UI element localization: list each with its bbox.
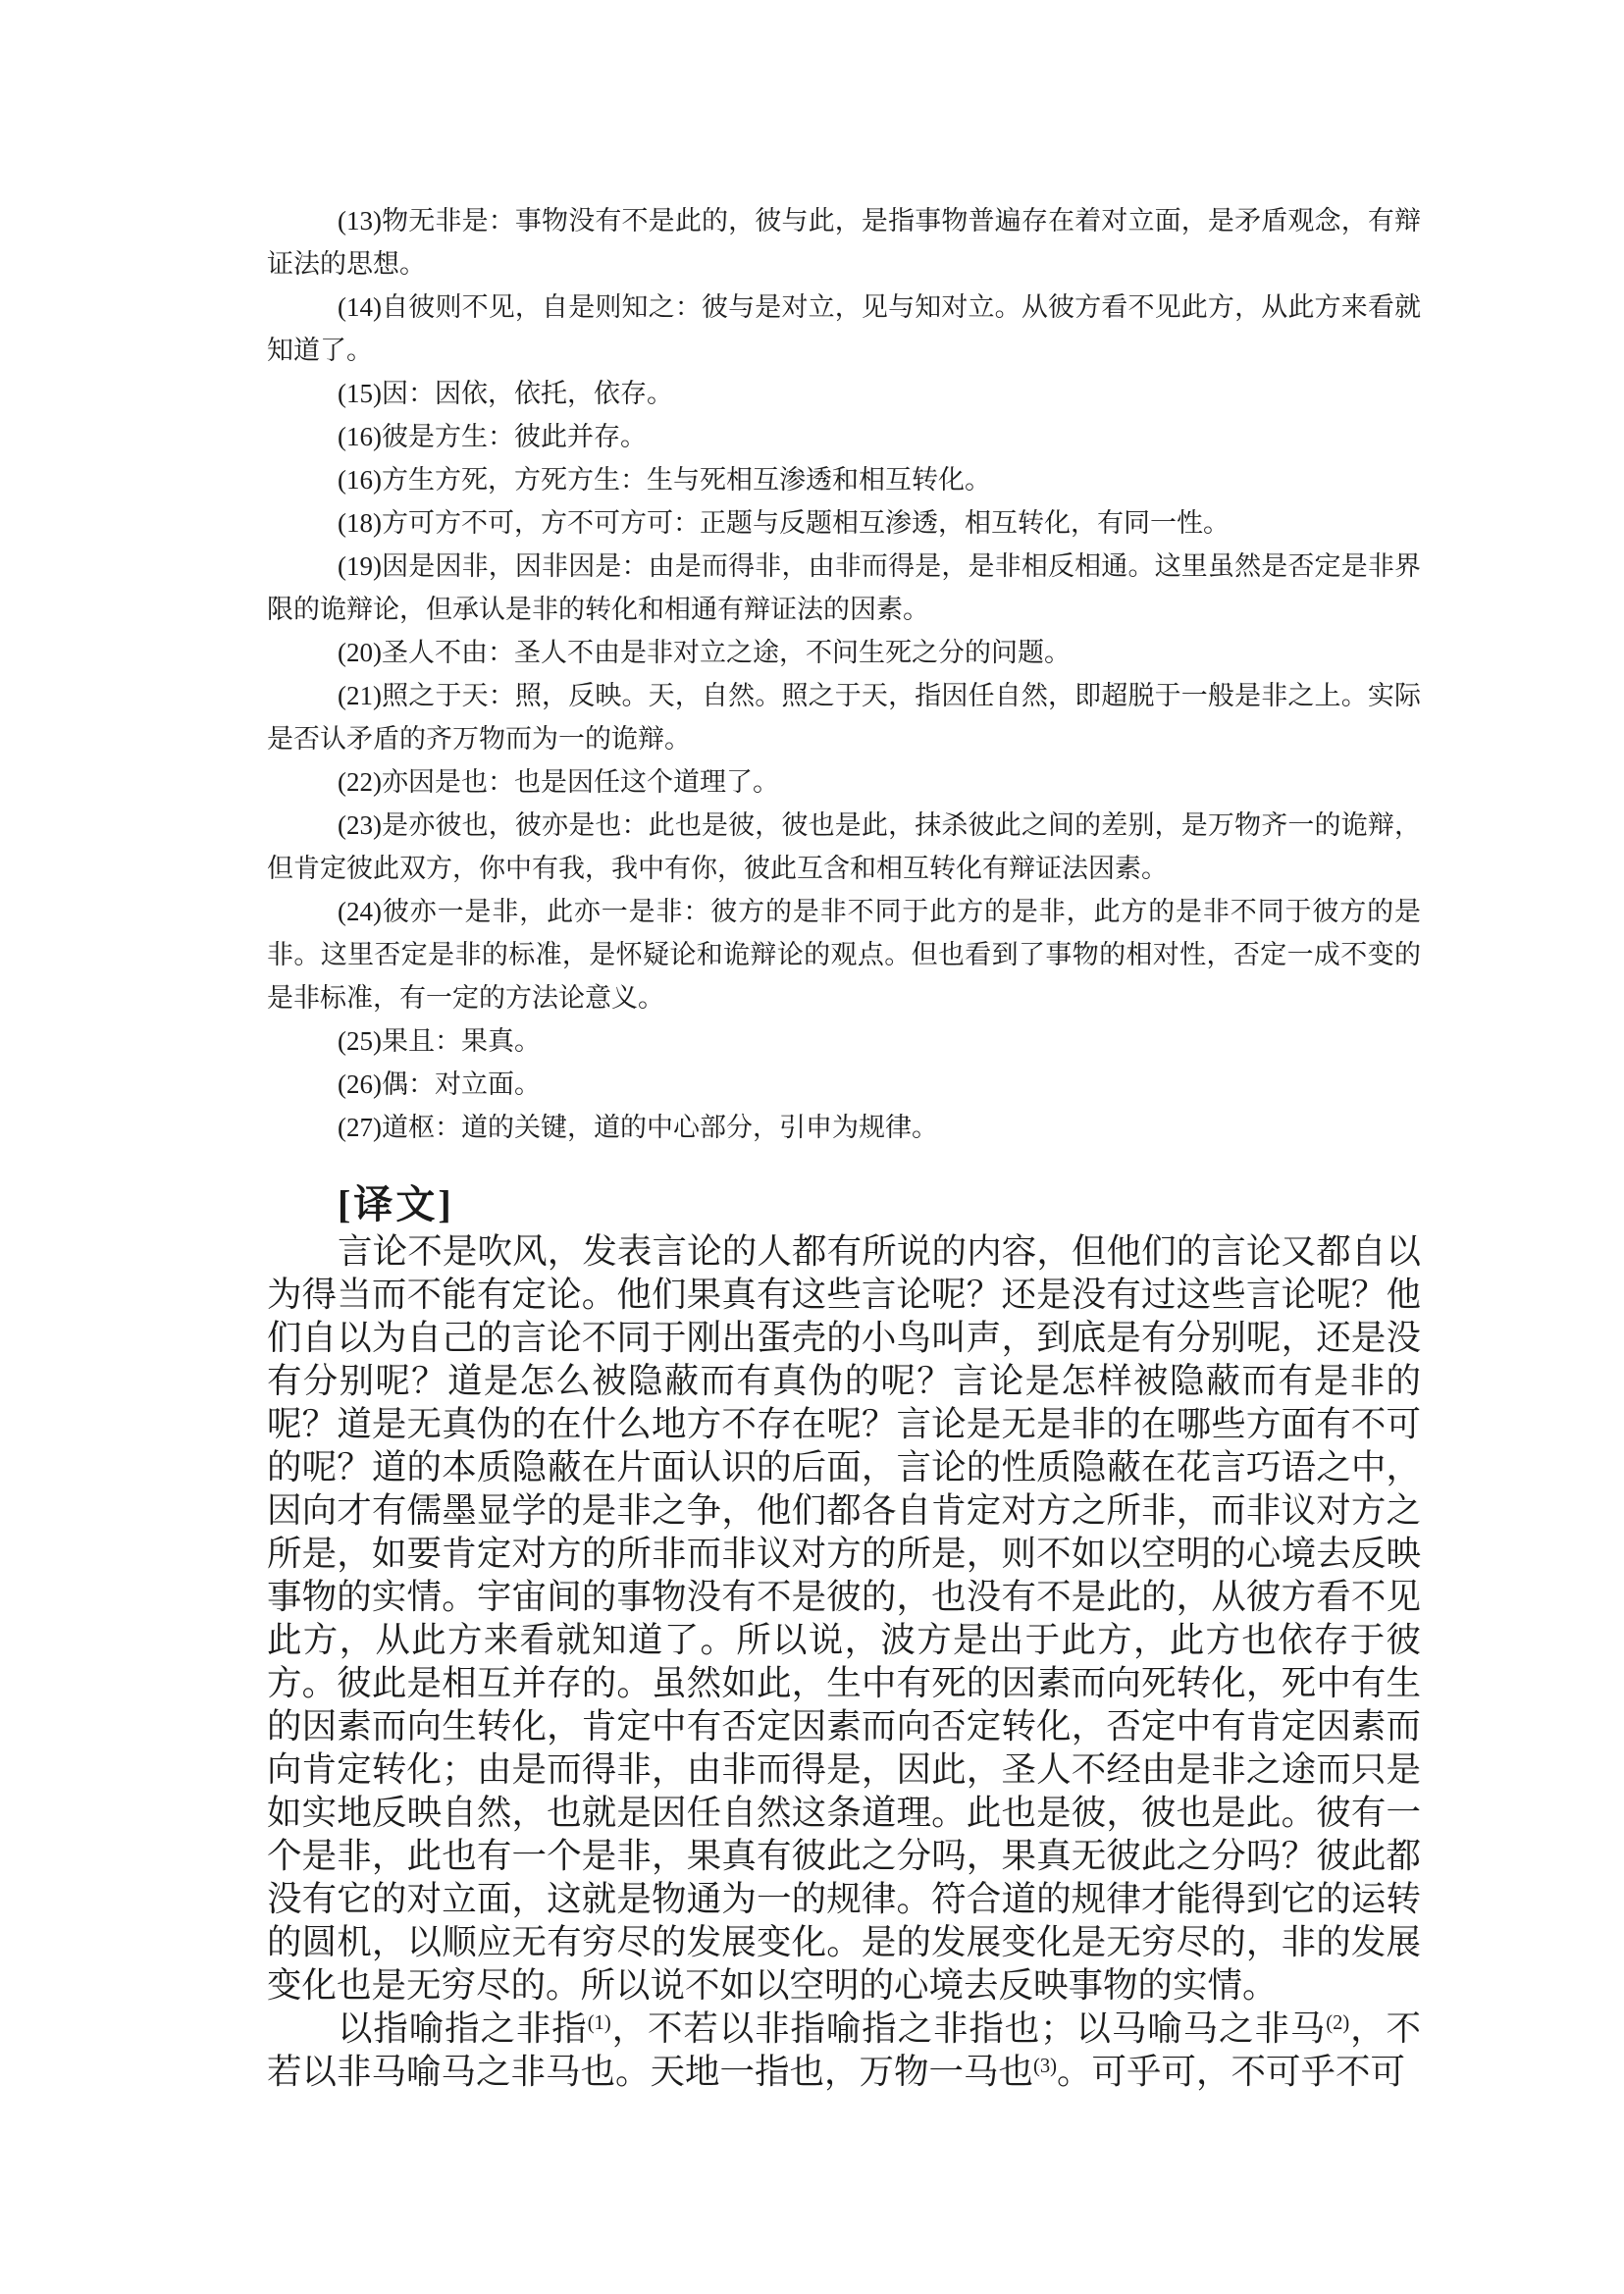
- annotation-item: (20)圣人不由：圣人不由是非对立之途，不问生死之分的问题。: [267, 631, 1421, 674]
- translation-heading: [译文]: [338, 1180, 1421, 1229]
- translation-section: [译文] 言论不是吹风，发表言论的人都有所说的内容，但他们的言论又都自以为得当而…: [267, 1180, 1421, 2093]
- page-content: (13)物无非是：事物没有不是此的，彼与此，是指事物普遍存在着对立面，是矛盾观念…: [267, 199, 1421, 2093]
- translation-paragraph: 言论不是吹风，发表言论的人都有所说的内容，但他们的言论又都自以为得当而不能有定论…: [267, 1229, 1421, 2007]
- annotation-item: (22)亦因是也：也是因任这个道理了。: [267, 760, 1421, 804]
- footnote-ref: (2): [1326, 2012, 1349, 2034]
- annotation-item: (27)道枢：道的关键，道的中心部分，引申为规律。: [267, 1106, 1421, 1149]
- annotation-item: (19)因是因非，因非因是：由是而得非，由非而得是，是非相反相通。这里虽然是否定…: [267, 545, 1421, 631]
- annotation-item: (23)是亦彼也，彼亦是也：此也是彼，彼也是此，抹杀彼此之间的差别，是万物齐一的…: [267, 804, 1421, 890]
- annotation-item: (13)物无非是：事物没有不是此的，彼与此，是指事物普遍存在着对立面，是矛盾观念…: [267, 199, 1421, 286]
- footnote-ref: (3): [1033, 2056, 1057, 2077]
- annotation-item: (15)因：因依，依托，依存。: [267, 372, 1421, 415]
- annotations-section: (13)物无非是：事物没有不是此的，彼与此，是指事物普遍存在着对立面，是矛盾观念…: [267, 199, 1421, 1149]
- annotation-item: (25)果且：果真。: [267, 1019, 1421, 1063]
- annotation-item: (18)方可方不可，方不可方可：正题与反题相互渗透，相互转化，有同一性。: [267, 501, 1421, 545]
- translation-final-paragraph: 以指喻指之非指(1)，不若以非指喻指之非指也；以马喻马之非马(2)，不若以非马喻…: [267, 2007, 1421, 2093]
- document-page: (13)物无非是：事物没有不是此的，彼与此，是指事物普遍存在着对立面，是矛盾观念…: [0, 0, 1624, 2294]
- annotation-item: (24)彼亦一是非，此亦一是非：彼方的是非不同于此方的是非，此方的是非不同于彼方…: [267, 890, 1421, 1019]
- annotation-item: (26)偶：对立面。: [267, 1063, 1421, 1106]
- footnote-ref: (1): [588, 2012, 611, 2034]
- annotation-item: (21)照之于天：照，反映。天，自然。照之于天，指因任自然，即超脱于一般是非之上…: [267, 674, 1421, 760]
- annotation-item: (14)自彼则不见，自是则知之：彼与是对立，见与知对立。从彼方看不见此方，从此方…: [267, 286, 1421, 372]
- annotation-item: (16)彼是方生：彼此并存。: [267, 415, 1421, 458]
- annotation-item: (16)方生方死，方死方生：生与死相互渗透和相互转化。: [267, 458, 1421, 501]
